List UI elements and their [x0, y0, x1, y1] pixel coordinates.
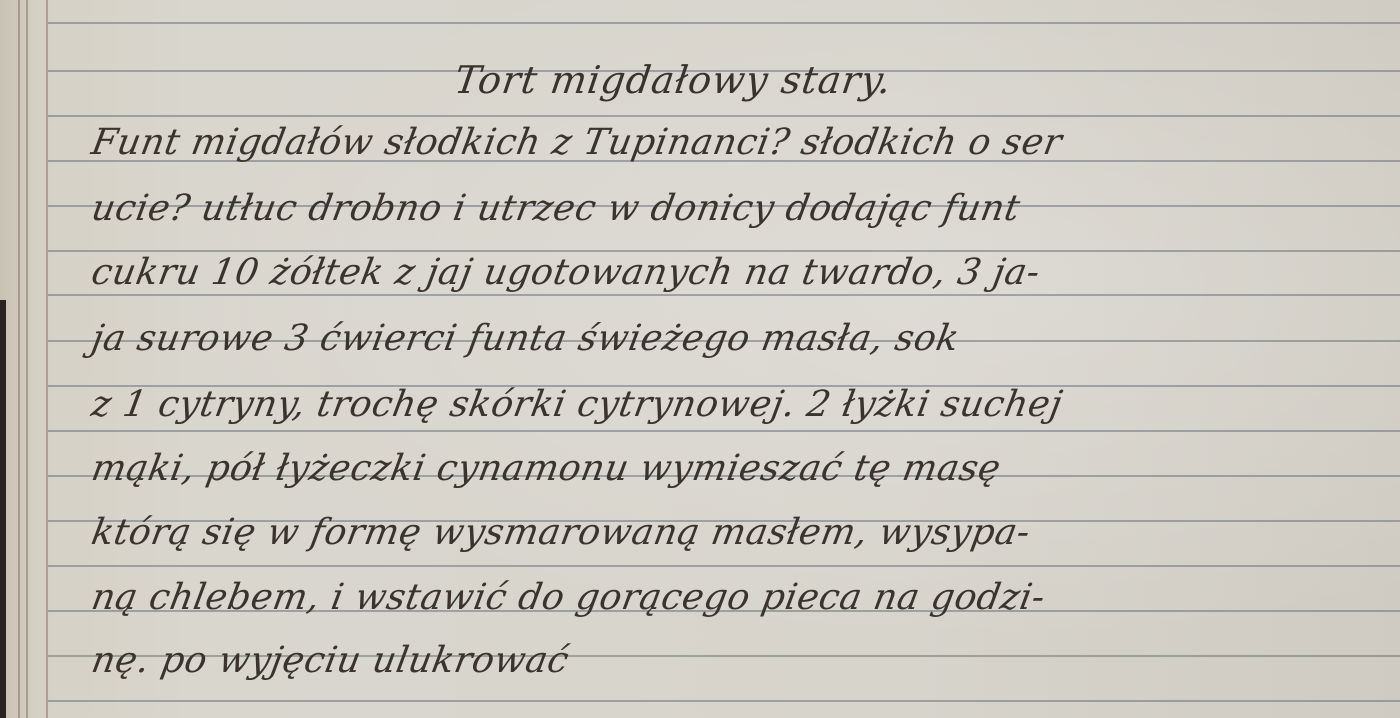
recipe-line: którą się w formę wysmarowaną masłem, wy…: [88, 512, 1033, 553]
margin-line: [18, 0, 20, 718]
recipe-line: mąki, pół łyżeczki cynamonu wymieszać tę…: [88, 448, 1004, 489]
book-binding-edge: [0, 300, 6, 718]
ruled-line: [48, 565, 1400, 567]
ruled-line: [48, 430, 1400, 432]
notebook-page: Tort migdałowy stary. Funt migdałów słod…: [0, 0, 1400, 718]
recipe-line: ja surowe 3 ćwierci funta świeżego masła…: [88, 318, 962, 359]
margin-line: [26, 0, 28, 718]
recipe-line: Funt migdałów słodkich z Tupinanci? słod…: [88, 122, 1065, 163]
recipe-line: nę. po wyjęciu ulukrować: [88, 640, 572, 681]
recipe-line: z 1 cytryny, trochę skórki cytrynowej. 2…: [88, 384, 1065, 425]
recipe-line: cukru 10 żółtek z jaj ugotowanych na twa…: [88, 252, 1043, 293]
ruled-line: [48, 115, 1400, 117]
recipe-line: ucie? utłuc drobno i utrzec w donicy dod…: [88, 188, 1023, 229]
ruled-line: [48, 700, 1400, 702]
recipe-title: Tort migdałowy stary.: [452, 58, 895, 102]
ruled-line: [48, 294, 1400, 296]
recipe-line: ną chlebem, i wstawić do gorącego pieca …: [88, 577, 1048, 618]
ruled-line: [48, 22, 1400, 24]
